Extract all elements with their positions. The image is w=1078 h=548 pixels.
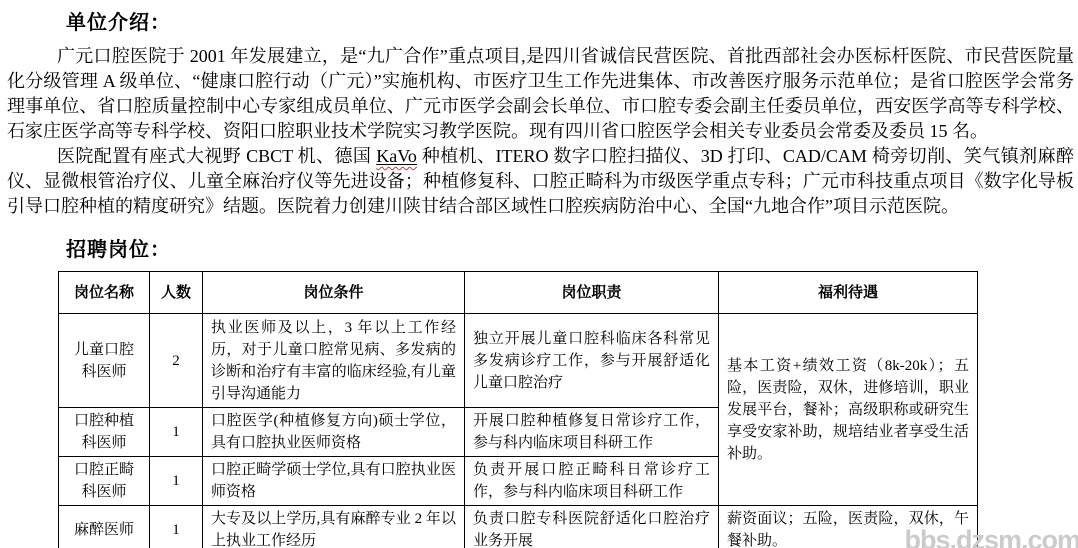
table-row-pediatric-dentist: 儿童口腔科医师 2 执业医师及以上，3 年以上工作经历，对于儿童口腔常见病、多发… — [59, 314, 978, 408]
table-row-anesthesiologist: 麻醉医师 1 大专及以上学历,具有麻醉专业 2 年以上执业工作经历 负责口腔专科… — [59, 506, 978, 548]
cell-duties: 开展口腔种植修复日常诊疗工作，参与科内临床项目科研工作 — [465, 408, 719, 457]
header-benefits: 福利待遇 — [719, 272, 978, 314]
cell-duties: 负责开展口腔正畸科日常诊疗工作，参与科内临床项目科研工作 — [465, 457, 719, 506]
site-watermark: bbs.dzsm.com — [904, 525, 1078, 548]
cell-benefits-merged: 基本工资+绩效工资（8k-20k）；五险，医责险，双休，进修培训，职业发展平台，… — [719, 314, 978, 506]
intro-paragraph-1: 广元口腔医院于 2001 年发展建立，是“九广合作”重点项目,是四川省诚信民营医… — [7, 44, 1074, 144]
header-position-name: 岗位名称 — [59, 272, 150, 314]
kavo-spellcheck-wavy: KaVo — [376, 146, 417, 166]
cell-duties: 负责口腔专科医院舒适化口腔治疗业务开展 — [465, 506, 719, 548]
section-title-recruitment-positions: 招聘岗位： — [66, 233, 1074, 262]
document-page: 单位介绍： 广元口腔医院于 2001 年发展建立，是“九广合作”重点项目,是四川… — [0, 0, 1078, 548]
cell-requirements: 执业医师及以上，3 年以上工作经历，对于儿童口腔常见病、多发病的诊断和治疗有丰富… — [203, 314, 465, 408]
intro-paragraph-2-before-kavo: 医院配置有座式大视野 CBCT 机、德国 — [57, 146, 376, 166]
kavo-underlined-text: KaVo — [376, 146, 417, 166]
cell-requirements: 口腔正畸学硕士学位,具有口腔执业医师资格 — [203, 457, 465, 506]
cell-headcount: 1 — [150, 506, 203, 548]
cell-headcount: 2 — [150, 314, 203, 408]
cell-position-name: 儿童口腔科医师 — [59, 314, 150, 408]
cell-requirements: 口腔医学(种植修复方向)硕士学位，具有口腔执业医师资格 — [203, 408, 465, 457]
cell-position-name: 口腔正畸科医师 — [59, 457, 150, 506]
header-requirements: 岗位条件 — [203, 272, 465, 314]
cell-headcount: 1 — [150, 408, 203, 457]
document-content: 单位介绍： 广元口腔医院于 2001 年发展建立，是“九广合作”重点项目,是四川… — [0, 0, 1078, 548]
intro-paragraph-2: 医院配置有座式大视野 CBCT 机、德国 KaVo 种植机、ITERO 数字口腔… — [7, 144, 1074, 219]
cell-position-name: 口腔种植科医师 — [59, 408, 150, 457]
cell-requirements: 大专及以上学历,具有麻醉专业 2 年以上执业工作经历 — [203, 506, 465, 548]
cell-position-name: 麻醉医师 — [59, 506, 150, 548]
header-headcount: 人数 — [150, 272, 203, 314]
header-duties: 岗位职责 — [465, 272, 719, 314]
cell-headcount: 1 — [150, 457, 203, 506]
job-positions-table: 岗位名称 人数 岗位条件 岗位职责 福利待遇 儿童口腔科医师 2 执业医师及以上… — [58, 271, 978, 548]
section-title-unit-introduction: 单位介绍： — [66, 6, 1074, 35]
table-header-row: 岗位名称 人数 岗位条件 岗位职责 福利待遇 — [59, 272, 978, 314]
cell-duties: 独立开展儿童口腔科临床各科常见多发病诊疗工作，参与开展舒适化儿童口腔治疗 — [465, 314, 719, 408]
